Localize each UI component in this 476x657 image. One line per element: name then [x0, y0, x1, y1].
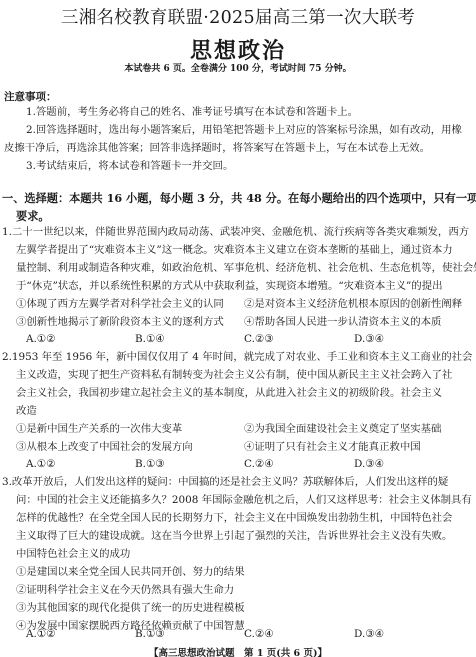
statement: ②证明科学社会主义在今天仍然具有强大生命力 [16, 584, 234, 597]
exam-title: 三湘名校教育联盟·2025届高三第一次大联考 [0, 4, 476, 29]
question-stem-line: 左翼学者提出了“灾难资本主义”这一概念。灾难资本主义建立在资本垄断的基础上，通过… [16, 244, 453, 257]
statement: ③从根本上改变了中国社会的发展方向 [16, 441, 193, 454]
question-stem-line: 中国特色社会主义的成功 [16, 548, 130, 561]
statement: ①是新中国生产关系的一次伟大变革 [16, 423, 182, 436]
choice-d: D.③④ [354, 333, 384, 345]
question-stem-line: 问：中国的社会主义还能搞多久？2008 年国际金融危机之后，人们又这样思考：社会… [16, 494, 472, 507]
question-stem-line: 量控制、利用或制造各种灾难，如政治危机、军事危机、经济危机、社会危机、生态危机等… [16, 262, 476, 275]
notice-heading: 注意事项： [4, 89, 57, 104]
section-heading-cont: 要求。 [16, 208, 50, 224]
notice-item: 2.回答选择题时，选出每小题答案后，用铅笔把答题卡上对应的答案标号涂黑，如有改动… [26, 124, 462, 137]
statement: ②为我国全面建设社会主义奠定了坚实基础 [244, 423, 441, 436]
section-heading: 一、选择题：本题共 16 小题，每小题 3 分，共 48 分。在每小题给出的四个… [2, 190, 476, 206]
choice-c: C.②④ [244, 628, 274, 640]
notice-item: 皮擦干净后，再选涂其他答案；回答非选择题时，将答案写在答题卡上，写在本试卷上无效… [4, 142, 430, 155]
statement: ④证明了只有社会主义才能真正救中国 [244, 441, 421, 454]
statement: ④帮助各国人民进一步认清资本主义的本质 [244, 316, 441, 329]
choice-c: C.②③ [244, 333, 274, 345]
statement: ③为其他国家的现代化提供了统一的历史进程模板 [16, 602, 245, 615]
exam-meta: 本试卷共 6 页。全卷满分 100 分，考试时间 75 分钟。 [0, 61, 476, 74]
choice-a: A.①② [26, 458, 55, 470]
notice-item: 3.考试结束后，将本试卷和答题卡一并交回。 [26, 160, 233, 173]
choice-b: B.①③ [135, 458, 165, 470]
choice-c: C.②④ [244, 458, 274, 470]
question-stem-line: 主义取得了巨大的建设成就。这在当今世界上引起了强烈的关注，告诉世界社会主义没有失… [16, 530, 452, 543]
question-stem-line: 2.1953 年至 1956 年，新中国仅仅用了 4 年时间，就完成了对农业、手… [2, 351, 472, 364]
statement: ①体现了西方左翼学者对科学社会主义的认同 [16, 298, 224, 311]
question-stem-line: 怎样的优越性？在全党全国人民的长期努力下，社会主义在中国焕发出勃勃生机，中国特色… [16, 512, 452, 525]
choice-d: D.③④ [354, 628, 384, 640]
choice-b: B.①③ [135, 628, 165, 640]
question-stem-line: 1.二十一世纪以来，伴随世界范围内政局动荡、武装冲突、金融危机、流行疾病等各类灾… [2, 226, 469, 239]
question-stem-line: 会主义社会，我国初步建立起社会主义的基本制度，从此进入社会主义的初级阶段。社会主… [16, 387, 442, 400]
statement: ②是对资本主义经济危机根本原因的创新性阐释 [244, 298, 462, 311]
question-stem-line: 于“休克”状态，并以系统性积累的方式从中获取利益，实现资本增殖。“灾难资本主义”… [16, 280, 442, 293]
statement: ③创新性地揭示了新阶段资本主义的逐利方式 [16, 316, 224, 329]
choice-b: B.①④ [135, 333, 165, 345]
notice-item: 1.答题前，考生务必将自己的姓名、准考证号填写在本试卷和答题卡上。 [26, 106, 358, 119]
page-footer: 【高三思想政治试题 第 1 页(共 6 页)】 [0, 645, 476, 657]
statement: ①是建国以来全党全国人民共同开创、努力的结果 [16, 566, 245, 579]
choice-a: A.①② [26, 333, 55, 345]
question-stem-line: 主义改造，实现了把生产资料私有制转变为社会主义公有制，使中国从新民主主义社会跨入… [16, 369, 452, 382]
choice-a: A.①② [26, 628, 55, 640]
question-stem-line: 改造 [16, 405, 37, 418]
choice-d: D.③④ [354, 458, 384, 470]
question-stem-line: 3.改革开放后，人们发出这样的疑问：中国搞的还是社会主义吗？苏联解体后，人们发出… [2, 476, 448, 489]
